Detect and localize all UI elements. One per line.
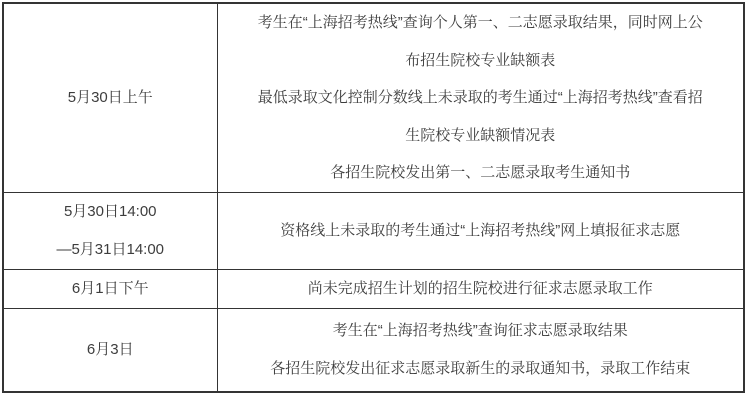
schedule-row: 6月3日 考生在“上海招考热线”查询征求志愿录取结果 各招生院校发出征求志愿录取… — [3, 308, 744, 392]
schedule-table-body: 5月30日上午 考生在“上海招考热线”查询个人第一、二志愿录取结果，同时网上公 … — [3, 3, 744, 392]
date-cell: 5月30日上午 — [3, 3, 217, 192]
date-cell: 5月30日14:00 —5月31日14:00 — [3, 192, 217, 269]
activities-cell: 考生在“上海招考热线”查询征求志愿录取结果 各招生院校发出征求志愿录取新生的录取… — [217, 308, 744, 392]
date-cell: 6月1日下午 — [3, 269, 217, 308]
date-cell: 6月3日 — [3, 308, 217, 392]
activities-cell: 考生在“上海招考热线”查询个人第一、二志愿录取结果，同时网上公 布招生院校专业缺… — [217, 3, 744, 192]
admission-schedule-table: 5月30日上午 考生在“上海招考热线”查询个人第一、二志愿录取结果，同时网上公 … — [2, 2, 745, 393]
activities-cell: 尚未完成招生计划的招生院校进行征求志愿录取工作 — [217, 269, 744, 308]
schedule-row: 5月30日上午 考生在“上海招考热线”查询个人第一、二志愿录取结果，同时网上公 … — [3, 3, 744, 192]
schedule-row: 5月30日14:00 —5月31日14:00 资格线上未录取的考生通过“上海招考… — [3, 192, 744, 269]
activities-cell: 资格线上未录取的考生通过“上海招考热线”网上填报征求志愿 — [217, 192, 744, 269]
schedule-row: 6月1日下午 尚未完成招生计划的招生院校进行征求志愿录取工作 — [3, 269, 744, 308]
page: 5月30日上午 考生在“上海招考热线”查询个人第一、二志愿录取结果，同时网上公 … — [0, 0, 750, 398]
